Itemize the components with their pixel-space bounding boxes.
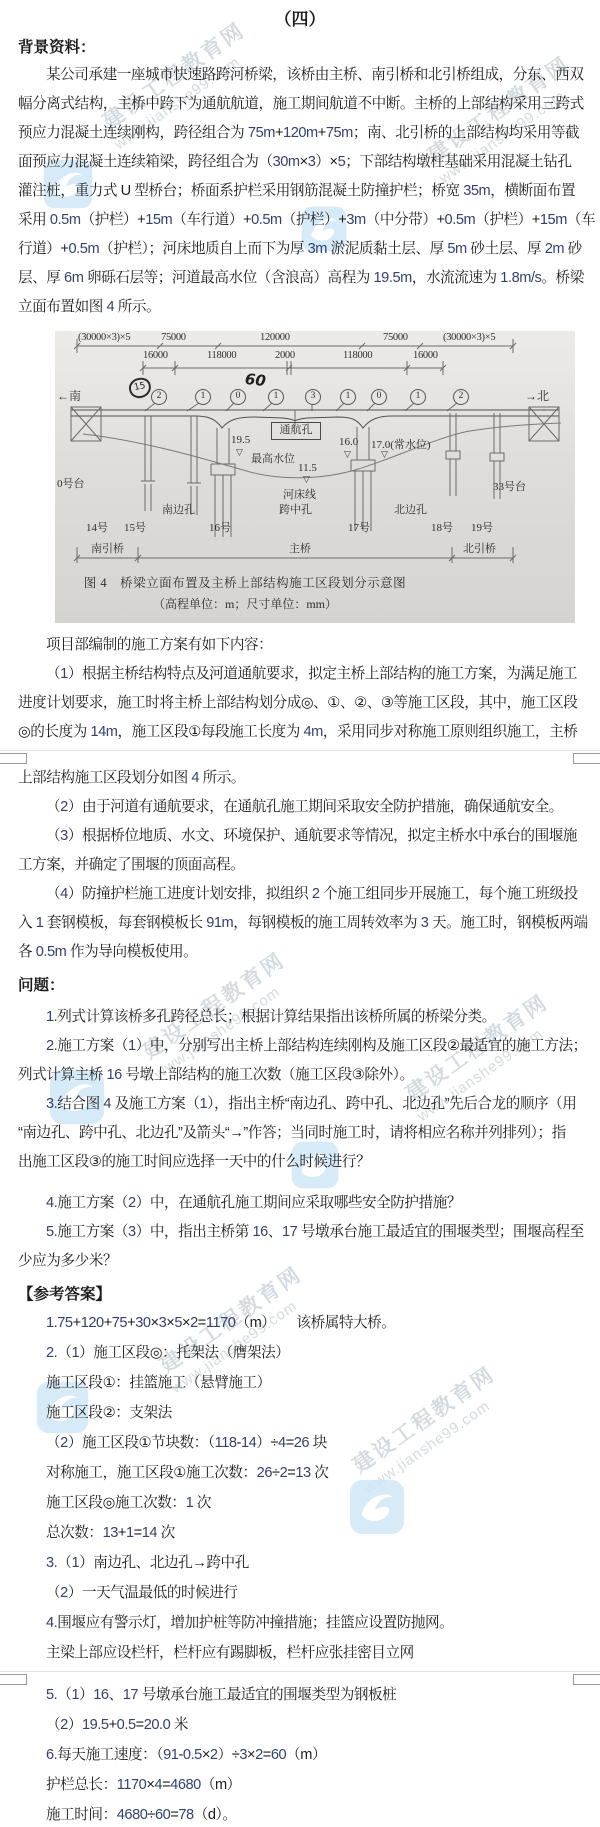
dimension-top: (30000×3)×5	[78, 332, 130, 343]
segment-mark: 0	[371, 389, 387, 405]
water-level-16: 16.0	[339, 436, 358, 448]
text-line: 某公司承建一座城市快速路跨河桥梁，该桥由主桥、南引桥和北引桥组成，分东、西双	[18, 61, 582, 90]
text-line: 5.施工方案（3）中，指出主桥第 16、17 号墩承台施工最适宜的围堰类型；围堰…	[18, 1218, 582, 1247]
text-line: 4.围堰应有警示灯，增加护桩等防冲撞措施；挂篮应设置防抛网。	[18, 1608, 582, 1638]
text-line: 4.施工方案（2）中，在通航孔施工期间应采取哪些安全防护措施？	[18, 1189, 582, 1218]
background-paragraph: 某公司承建一座城市快速路跨河桥梁，该桥由主桥、南引桥和北引桥组成，分东、西双幅分…	[18, 61, 582, 322]
text-line: 施工区段◎施工次数：1 次	[18, 1488, 582, 1518]
text-line: 采用 0.5m（护栏）+15m（车行道）+0.5m（护栏）+3m（中分带）+0.…	[18, 206, 582, 235]
riverbed-elevation-value: 11.5	[298, 462, 317, 474]
pier-number-label: 17号	[348, 519, 370, 535]
segment-mark: 1	[195, 389, 211, 405]
text-line: （3）根据桥位地质、水文、环境保护、通航要求等情况，拟定主桥水中承台的围堰施	[18, 822, 582, 851]
text-line: 灌注桩，重力式 U 型桥台；桥面系护栏采用钢筋混凝土防撞护栏；桥宽 35m，横断…	[18, 177, 582, 206]
text-line: 工方案，并确定了围堰的顶面高程。	[18, 851, 582, 880]
text-line: 进度计划要求，施工时将主桥上部结构划分成◎、①、②、③等施工区段，其中，施工区段	[18, 689, 582, 718]
navigation-span-label: 通航孔	[271, 422, 321, 440]
max-water-level-value: 19.5	[231, 434, 250, 446]
text-line: 项目部编制的施工方案有如下内容：	[18, 631, 582, 660]
text-line: 上部结构施工区段划分如图 4 所示。	[18, 764, 582, 793]
text-line: 施工时间：4680÷60=78（d）。	[18, 1800, 582, 1827]
mid-span-label: 跨中孔	[279, 501, 312, 517]
text-line: 1.列式计算该桥多孔跨径总长；根据计算结果指出该桥所属的桥梁分类。	[18, 1003, 582, 1032]
text-line: 护栏总长：1170×4=4680（m）	[18, 1770, 582, 1800]
handwritten-note-60: 60	[244, 370, 267, 390]
riverbed-label: 河床线	[283, 486, 316, 502]
dimension-top: 120000	[260, 332, 290, 343]
text-line: 3.（1）南边孔、北边孔→跨中孔	[18, 1548, 582, 1578]
text-line: （2）一天气温最低的时候进行	[18, 1578, 582, 1608]
text-line: 预应力混凝土连续刚构，跨径组合为 75m+120m+75m；南、北引桥的上部结构…	[18, 119, 582, 148]
dimension-mid: 16000	[143, 350, 168, 361]
main-bridge-label: 主桥	[289, 540, 311, 556]
text-line: （2）19.5+0.5=20.0 米	[18, 1710, 582, 1740]
text-line: 幅分离式结构，主桥中跨下为通航航道，施工期间航道不中断。主桥的上部结构采用三跨式	[18, 90, 582, 119]
segment-mark: 2	[151, 389, 167, 405]
text-line: （2）施工区段①节块数：（118-14）÷4=26 块	[18, 1428, 582, 1458]
pier-number-label: 14号	[86, 519, 108, 535]
segment-mark: 1	[410, 389, 426, 405]
text-line: （2）由于河道有通航要求，在通航孔施工期间采取安全防护措施，确保通航安全。	[18, 793, 582, 822]
text-line: 立面布置如图 4 所示。	[18, 293, 582, 322]
background-heading: 背景资料：	[18, 35, 582, 61]
normal-water-level: 17.0(常水位)	[371, 436, 431, 452]
south-approach-label: 南引桥	[91, 540, 124, 556]
north-arrow: →北	[525, 387, 549, 404]
pier-number-label: 18号	[431, 519, 453, 535]
pier-number-label: 19号	[471, 519, 493, 535]
answers-list: 1.75+120+75+30×3×5×2=1170（m） 该桥属特大桥。2.（1…	[18, 1308, 582, 1827]
page-break-marker	[0, 747, 600, 764]
segment-mark: 1	[340, 389, 356, 405]
water-level-icon: ▽	[236, 447, 243, 458]
dimension-mid: 118000	[207, 350, 236, 361]
dimension-top: 75000	[161, 332, 186, 343]
questions-list: 1.列式计算该桥多孔跨径总长；根据计算结果指出该桥所属的桥梁分类。2.施工方案（…	[18, 1003, 582, 1276]
bridge-elevation-figure: ←南 →北 15 60 通航孔 19.5 ▽ 最高水位 16.0 ▽ 17.0(…	[55, 331, 575, 623]
text-line: 3.结合图 4 及施工方案（1），指出主桥“南边孔、跨中孔、北边孔”先后合龙的顺…	[18, 1090, 582, 1119]
figure-caption-units: （高程单位：m；尺寸单位：mm）	[55, 595, 435, 612]
page-break-marker	[0, 1668, 600, 1680]
text-line: 对称施工，施工区段①施工次数：26÷2=13 次	[18, 1458, 582, 1488]
abutment-0-label: 0号台	[57, 475, 85, 491]
text-line: “南边孔、跨中孔、北边孔”及箭头“→”作答；当同时施工时，请将相应名称并列排列）…	[18, 1119, 582, 1148]
water-level-icon: ▽	[381, 449, 388, 460]
dimension-top: 75000	[383, 332, 408, 343]
text-line: 主梁上部应设栏杆，栏杆应有踢脚板，栏杆应张挂密目立网	[18, 1638, 582, 1668]
text-line: 行道）+0.5m（护栏）；河床地质自上而下为厚 3m 淤泥质黏土层、厚 5m 砂…	[18, 235, 582, 264]
text-line: 总次数：13+1=14 次	[18, 1518, 582, 1548]
dimension-mid: 118000	[343, 350, 372, 361]
text-line: 少应为多少米？	[18, 1247, 582, 1276]
pier-number-label: 16号	[209, 519, 231, 535]
text-line: （4）防撞护栏施工进度计划安排，拟组织 2 个施工组同步开展施工，每个施工班级投	[18, 880, 582, 909]
text-line: 各 0.5m 作为导向模板使用。	[18, 938, 582, 967]
text-line: ◎的长度为 14m，施工区段①每段施工长度为 4m，采用同步对称施工原则组织施工…	[18, 718, 582, 747]
pier-number-label: 15号	[124, 519, 146, 535]
dimension-mid: 16000	[413, 350, 438, 361]
water-level-icon: ▽	[344, 449, 351, 460]
text-line: 2.施工方案（1）中，分别写出主桥上部结构连续刚构及施工区段②最适宜的施工方法；	[18, 1032, 582, 1061]
text-line: 列式计算主桥 16 号墩上部结构的施工次数（施工区段③除外）。	[18, 1061, 582, 1090]
answers-heading: 【参考答案】	[18, 1282, 582, 1308]
construction-plan-paragraphs: 项目部编制的施工方案有如下内容：（1）根据主桥结构特点及河道通航要求，拟定主桥上…	[18, 631, 582, 967]
document-page: （四） 背景资料： 某公司承建一座城市快速路跨河桥梁，该桥由主桥、南引桥和北引桥…	[0, 0, 600, 1827]
north-approach-label: 北引桥	[463, 540, 496, 556]
text-line: 2.（1）施工区段◎：托架法（膺架法）	[18, 1338, 582, 1368]
dimension-top: (30000×3)×5	[443, 332, 495, 343]
text-line: 面预应力混凝土连续箱梁，跨径组合为（30m×3）×5；下部结构墩柱基础采用混凝土…	[18, 148, 582, 177]
south-arrow: ←南	[57, 387, 81, 404]
text-line: 出施工区段③的施工时间应选择一天中的什么时候进行？	[18, 1148, 582, 1177]
figure-caption: 图 4 桥梁立面布置及主桥上部结构施工区段划分示意图	[55, 573, 435, 591]
text-line: 6.每天施工速度：（91-0.5×2）÷3×2=60（m）	[18, 1740, 582, 1770]
text-line: 施工区段①：挂篮施工（悬臂施工）	[18, 1368, 582, 1398]
text-line: 层、厚 6m 卵砾石层等；河道最高水位（含浪高）高程为 19.5m，水流流速为 …	[18, 264, 582, 293]
north-side-span-label: 北边孔	[394, 501, 427, 517]
segment-mark: 3	[305, 389, 321, 405]
dimension-mid: 2000	[275, 350, 295, 361]
text-line: 施工区段②：支架法	[18, 1398, 582, 1428]
south-side-span-label: 南边孔	[162, 501, 195, 517]
text-line: 5.（1）16、17 号墩承台施工最适宜的围堰类型为钢板桩	[18, 1680, 582, 1710]
page-title: （四）	[18, 8, 582, 35]
segment-mark: 1	[268, 389, 284, 405]
water-level-icon: ▽	[303, 474, 310, 485]
text-line: 1.75+120+75+30×3×5×2=1170（m） 该桥属特大桥。	[18, 1308, 582, 1338]
segment-mark: 0	[230, 389, 246, 405]
abutment-33-label: 33号台	[493, 478, 526, 494]
text-line: 入 1 套钢模板，每套钢模板长 91m，每钢模板的施工周转效率为 3 天。施工时…	[18, 909, 582, 938]
max-water-level-label: 最高水位	[251, 450, 295, 466]
segment-mark: 2	[453, 389, 469, 405]
questions-heading: 问题：	[18, 973, 582, 999]
text-line: （1）根据主桥结构特点及河道通航要求，拟定主桥上部结构的施工方案，为满足施工	[18, 660, 582, 689]
